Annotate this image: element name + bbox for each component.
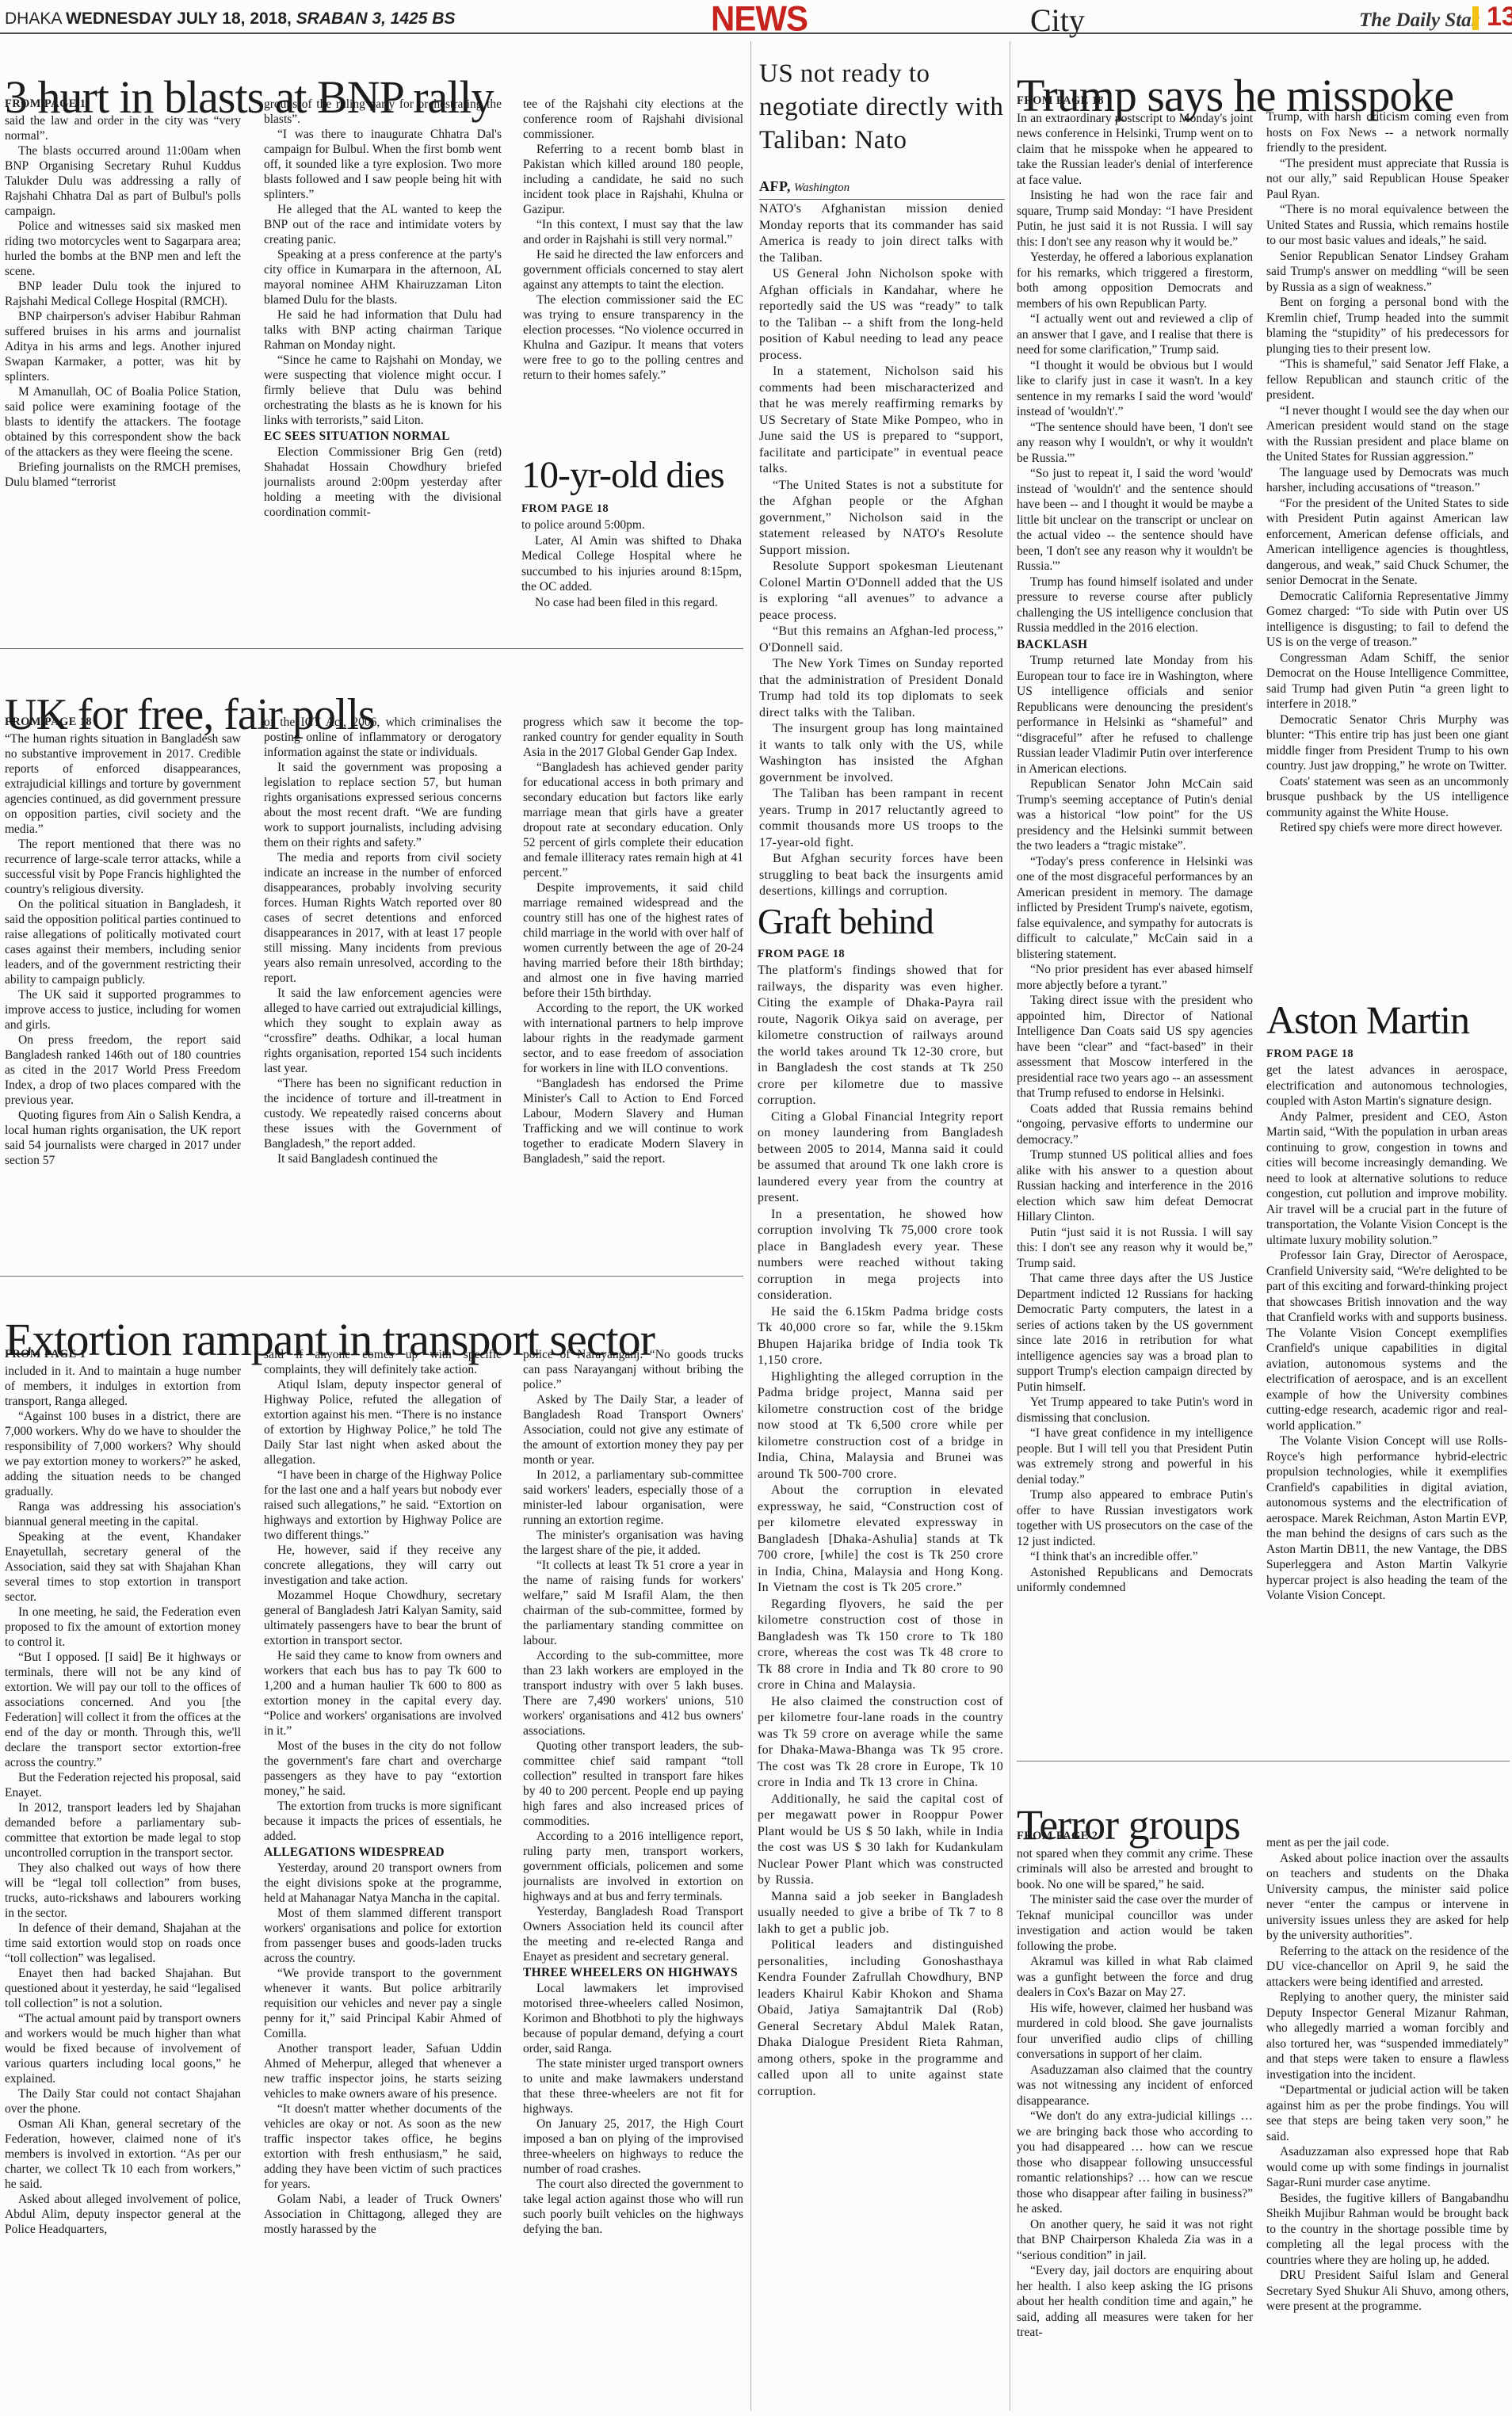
tenyr-col-1: to police around 5:00pm.Later, Al Amin w… <box>521 517 742 610</box>
extortion-col-2: said if anyone comes up with specific co… <box>264 1347 502 2410</box>
body-paragraph: Citing a Global Financial Integrity repo… <box>758 1109 1003 1207</box>
body-paragraph: Most of the buses in the city do not fol… <box>264 1739 502 1799</box>
body-paragraph: Most of them slammed different transport… <box>264 1906 502 1966</box>
body-paragraph: Police and witnesses said six masked men… <box>5 219 241 279</box>
body-paragraph: Trump also appeared to embrace Putin's o… <box>1017 1487 1253 1549</box>
body-paragraph: Asked about alleged involvement of polic… <box>5 2192 241 2237</box>
body-paragraph: Referring to a recent bomb blast in Paki… <box>523 142 743 217</box>
divider-left-2 <box>0 1276 743 1277</box>
byline-place: Washington <box>794 181 850 194</box>
body-paragraph: Atiqul Islam, deputy inspector general o… <box>264 1377 502 1468</box>
body-paragraph: “It doesn't matter whether documents of … <box>264 2101 502 2192</box>
body-paragraph: Osman Ali Khan, general secretary of the… <box>5 2116 241 2192</box>
body-paragraph: not spared when they commit any crime. T… <box>1017 1846 1253 1893</box>
body-paragraph: Akramul was killed in what Rab claimed w… <box>1017 1954 1253 2001</box>
aston-article: Aston Martin FROM PAGE 18 get the latest… <box>1266 997 1509 1754</box>
body-paragraph: He alleged that the AL wanted to keep th… <box>264 202 502 247</box>
body-paragraph: The language used by Democrats was much … <box>1266 465 1509 496</box>
body-paragraph: BNP chairperson's adviser Habibur Rahman… <box>5 309 241 384</box>
body-paragraph: The platform's findings showed that for … <box>758 963 1003 1109</box>
body-paragraph: Trump returned late Monday from his Euro… <box>1017 653 1253 777</box>
body-paragraph: The Volante Vision Concept will use Roll… <box>1266 1433 1507 1604</box>
column-rule-right <box>1010 41 1010 2410</box>
body-paragraph: Retired spy chiefs were more direct howe… <box>1266 820 1509 836</box>
body-paragraph: Astonished Republicans and Democrats uni… <box>1017 1565 1253 1596</box>
graft-col-1: The platform's findings showed that for … <box>758 963 1003 2100</box>
body-paragraph: Andy Palmer, president and CEO, Aston Ma… <box>1266 1109 1507 1249</box>
body-paragraph: of the ICT Act, 2006, which criminalises… <box>264 715 502 760</box>
body-paragraph: Republican Senator John McCain said Trum… <box>1017 777 1253 854</box>
headline-us-taliban: US not ready to negotiate directly with … <box>759 58 1005 157</box>
body-paragraph: “Bangladesh has endorsed the Prime Minis… <box>523 1076 743 1166</box>
body-paragraph: “The United States is not a substitute f… <box>759 478 1003 559</box>
body-paragraph: “So just to repeat it, I said the word '… <box>1017 466 1253 574</box>
body-paragraph: Democratic California Representative Jim… <box>1266 589 1509 651</box>
body-paragraph: The media and reports from civil society… <box>264 850 502 986</box>
body-paragraph: “Every day, jail doctors are enquiring a… <box>1017 2263 1253 2341</box>
body-paragraph: progress which saw it become the top-ran… <box>523 715 743 760</box>
byline-agency: AFP, <box>759 178 791 194</box>
body-paragraph: “Today's press conference in Helsinki wa… <box>1017 854 1253 963</box>
kicker: FROM PAGE 1 <box>5 1347 241 1362</box>
body-paragraph: Additionally, he said the capital cost o… <box>758 1792 1003 1889</box>
body-paragraph: Quoting other transport leaders, the sub… <box>523 1739 743 1829</box>
body-paragraph: In a statement, Nicholson said his comme… <box>759 364 1003 478</box>
kicker: FROM PAGE 18 <box>758 948 1005 961</box>
column-rule-left <box>750 41 751 2410</box>
body-paragraph: Democratic Senator Chris Murphy was blun… <box>1266 712 1509 774</box>
body-paragraph: Yesterday, Bangladesh Road Transport Own… <box>523 1904 743 1964</box>
body-paragraph: They also chalked out ways of how there … <box>5 1861 241 1921</box>
body-paragraph: Congressman Adam Schiff, the senior Demo… <box>1266 651 1509 712</box>
body-paragraph: Speaking at a press conference at the pa… <box>264 247 502 307</box>
body-paragraph: It said the law enforcement agencies wer… <box>264 986 502 1076</box>
body-paragraph: Manna said a job seeker in Bangladesh us… <box>758 1889 1003 1938</box>
body-paragraph: to police around 5:00pm. <box>521 517 742 533</box>
body-paragraph: Highlighting the alleged corruption in t… <box>758 1369 1003 1483</box>
body-paragraph: “I have been in charge of the Highway Po… <box>264 1468 502 1543</box>
body-paragraph: included in it. And to maintain a huge n… <box>5 1364 241 1409</box>
body-paragraph: About the corruption in elevated express… <box>758 1483 1003 1597</box>
body-paragraph: The UK said it supported programmes to i… <box>5 987 241 1032</box>
body-paragraph: Coats added that Russia remains behind “… <box>1017 1101 1253 1148</box>
body-paragraph: M Amanullah, OC of Boalia Police Station… <box>5 384 241 460</box>
body-paragraph: “I never thought I would see the day whe… <box>1266 403 1509 465</box>
body-paragraph: “The sentence should have been, 'I don't… <box>1017 420 1253 467</box>
body-paragraph: The report mentioned that there was no r… <box>5 837 241 897</box>
body-paragraph: Professor Iain Gray, Director of Aerospa… <box>1266 1248 1507 1433</box>
page-number-bar <box>1472 6 1479 30</box>
body-paragraph: “It collects at least Tk 51 crore a year… <box>523 1558 743 1648</box>
body-paragraph: Later, Al Amin was shifted to Dhaka Medi… <box>521 533 742 595</box>
body-paragraph: “I have great confidence in my intellige… <box>1017 1426 1253 1487</box>
body-paragraph: Asaduzzaman also claimed that the countr… <box>1017 2063 1253 2109</box>
divider-right <box>1017 1761 1510 1761</box>
body-paragraph: “I think that's an incredible offer.” <box>1017 1549 1253 1565</box>
body-paragraph: “Since he came to Rajshahi on Monday, we… <box>264 353 502 428</box>
uk-col-1: FROM PAGE 18 “The human rights situation… <box>5 715 241 1269</box>
body-paragraph: The minister said the case over the murd… <box>1017 1892 1253 1954</box>
body-paragraph: The Taliban has been rampant in recent y… <box>759 786 1003 851</box>
body-paragraph: According to the report, the UK worked w… <box>523 1001 743 1076</box>
body-paragraph: Political leaders and distinguished pers… <box>758 1937 1003 2100</box>
graft-article: Graft behind FROM PAGE 18 The platform's… <box>758 900 1005 2410</box>
headline-aston: Aston Martin <box>1266 1000 1509 1040</box>
body-paragraph: He said they came to know from owners an… <box>264 1648 502 1739</box>
body-paragraph: Yet Trump appeared to take Putin's word … <box>1017 1395 1253 1426</box>
dateline-date: WEDNESDAY JULY 18, 2018, <box>66 10 292 28</box>
body-paragraph: Resolute Support spokesman Lieutenant Co… <box>759 559 1003 624</box>
body-paragraph: Yesterday, he offered a laborious explan… <box>1017 250 1253 311</box>
body-paragraph: The extortion from trucks is more signif… <box>264 1799 502 1844</box>
body-paragraph: The New York Times on Sunday reported th… <box>759 656 1003 721</box>
body-paragraph: He also claimed the construction cost of… <box>758 1694 1003 1792</box>
dateline: DHAKA WEDNESDAY JULY 18, 2018, SRABAN 3,… <box>5 10 455 29</box>
body-paragraph: His wife, however, claimed her husband w… <box>1017 2001 1253 2063</box>
body-subhead: BACKLASH <box>1017 637 1253 653</box>
body-paragraph: Insisting he had won the race fair and s… <box>1017 188 1253 250</box>
body-paragraph: Trump has found himself isolated and und… <box>1017 574 1253 636</box>
body-paragraph: BNP leader Dulu took the injured to Rajs… <box>5 279 241 309</box>
body-paragraph: In 2012, transport leaders led by Shajah… <box>5 1800 241 1861</box>
body-paragraph: On January 25, 2017, the High Court impo… <box>523 2116 743 2177</box>
body-paragraph: But the Federation rejected his proposal… <box>5 1770 241 1800</box>
body-paragraph: In defence of their demand, Shajahan at … <box>5 1921 241 1966</box>
body-paragraph: It said Bangladesh continued the <box>264 1151 502 1166</box>
blasts-col-2: groups of the ruling party for orchestra… <box>264 97 502 645</box>
terror-col-1: FROM PAGE 2 not spared when they commit … <box>1017 1829 1253 2410</box>
body-paragraph: In an extraordinary postscript to Monday… <box>1017 111 1253 189</box>
body-paragraph: Replying to another query, the minister … <box>1266 1990 1509 2082</box>
body-paragraph: said if anyone comes up with specific co… <box>264 1347 502 1377</box>
body-paragraph: Referring to the attack on the residence… <box>1266 1944 1509 1990</box>
body-paragraph: But Afghan security forces have been str… <box>759 851 1003 897</box>
body-paragraph: Asked about police inaction over the ass… <box>1266 1851 1509 1944</box>
body-paragraph: Besides, the fugitive killers of Bangaba… <box>1266 2191 1509 2269</box>
aston-col-1: get the latest advances in aerospace, el… <box>1266 1063 1507 1604</box>
body-paragraph: He, however, said if they receive any co… <box>264 1543 502 1588</box>
body-paragraph: Election Commissioner Brig Gen (retd) Sh… <box>264 445 502 520</box>
body-paragraph: Speaking at the event, Khandaker Enayetu… <box>5 1529 241 1605</box>
trump-col-1: FROM PAGE 18 In an extraordinary postscr… <box>1017 94 1253 1754</box>
body-paragraph: “This is shameful,” said Senator Jeff Fl… <box>1266 357 1509 403</box>
body-paragraph: On another query, he said it was not rig… <box>1017 2217 1253 2264</box>
daily-star-logo: The Daily Star <box>1359 10 1479 32</box>
body-paragraph: “The human rights situation in Banglades… <box>5 731 241 837</box>
body-paragraph: tee of the Rajshahi city elections at th… <box>523 97 743 142</box>
body-paragraph: “But I opposed. [I said] Be it highways … <box>5 1650 241 1770</box>
body-paragraph: “Against 100 buses in a district, there … <box>5 1409 241 1499</box>
body-paragraph: Mozammel Hoque Chowdhury, secretary gene… <box>264 1588 502 1648</box>
body-paragraph: According to the sub-committee, more tha… <box>523 1648 743 1739</box>
body-paragraph: In 2012, a parliamentary sub-committee s… <box>523 1468 743 1528</box>
body-paragraph: Trump stunned US political allies and fo… <box>1017 1147 1253 1225</box>
body-paragraph: Asked by The Daily Star, a leader of Ban… <box>523 1392 743 1468</box>
body-paragraph: “No prior president has ever abased hims… <box>1017 962 1253 993</box>
kicker: FROM PAGE 18 <box>521 502 743 516</box>
body-paragraph: Local lawmakers let improvised motorised… <box>523 1981 743 2056</box>
body-paragraph: “The actual amount paid by transport own… <box>5 2011 241 2086</box>
body-paragraph: Regarding flyovers, he said the per kilo… <box>758 1597 1003 1694</box>
tenyr-article: 10-yr-old dies FROM PAGE 18 to police ar… <box>521 453 743 647</box>
headline-tenyr: 10-yr-old dies <box>521 456 743 494</box>
body-paragraph: “I thought it would be obvious but I wou… <box>1017 358 1253 420</box>
body-paragraph: He said the 6.15km Padma bridge costs Tk… <box>758 1304 1003 1369</box>
dateline-city: DHAKA <box>5 10 61 28</box>
body-paragraph: He said he had information that Dulu had… <box>264 307 502 353</box>
body-paragraph: Coats' statement was seen as an uncommon… <box>1266 774 1509 821</box>
body-paragraph: The court also directed the government t… <box>523 2177 743 2237</box>
blasts-col-1: FROM PAGE 1 said the law and order in th… <box>5 97 241 645</box>
kicker: FROM PAGE 18 <box>1017 94 1253 109</box>
body-paragraph: It said the government was proposing a l… <box>264 760 502 850</box>
headline-graft: Graft behind <box>758 903 1005 940</box>
body-paragraph: The Daily Star could not contact Shajaha… <box>5 2086 241 2116</box>
body-paragraph: On press freedom, the report said Bangla… <box>5 1032 241 1108</box>
terror-col-2: ment as per the jail code.Asked about po… <box>1266 1835 1509 2410</box>
body-paragraph: That came three days after the US Justic… <box>1017 1271 1253 1395</box>
body-paragraph: “We provide transport to the government … <box>264 1966 502 2041</box>
header-rule <box>0 32 1512 34</box>
body-paragraph: Bent on forging a personal bond with the… <box>1266 295 1509 357</box>
body-paragraph: “Departmental or judicial action will be… <box>1266 2082 1509 2144</box>
body-paragraph: Golam Nabi, a leader of Truck Owners' As… <box>264 2192 502 2237</box>
body-paragraph: Briefing journalists on the RMCH premise… <box>5 460 241 490</box>
us-taliban-article: US not ready to negotiate directly with … <box>759 36 1005 897</box>
dateline-bangla: SRABAN 3, 1425 BS <box>296 10 456 28</box>
body-subhead: EC SEES SITUATION NORMAL <box>264 429 502 444</box>
body-paragraph: The election commissioner said the EC wa… <box>523 292 743 383</box>
body-paragraph: Senior Republican Senator Lindsey Graham… <box>1266 249 1509 296</box>
body-paragraph: ment as per the jail code. <box>1266 1835 1509 1851</box>
body-paragraph: According to a 2016 intelligence report,… <box>523 1829 743 1904</box>
body-paragraph: Asaduzzaman also expressed hope that Rab… <box>1266 2144 1509 2191</box>
uk-col-2: of the ICT Act, 2006, which criminalises… <box>264 715 502 1269</box>
body-paragraph: “But this remains an Afghan-led process,… <box>759 624 1003 656</box>
kicker: FROM PAGE 2 <box>1017 1829 1253 1845</box>
uk-col-3: progress which saw it become the top-ran… <box>523 715 743 1269</box>
body-paragraph: The blasts occurred around 11:00am when … <box>5 143 241 219</box>
page-number: 13 <box>1487 2 1512 32</box>
body-paragraph: The insurgent group has long maintained … <box>759 721 1003 786</box>
body-paragraph: Yesterday, around 20 transport owners fr… <box>264 1861 502 1906</box>
body-paragraph: Despite improvements, it said child marr… <box>523 880 743 1001</box>
body-paragraph: In one meeting, he said, the Federation … <box>5 1605 241 1650</box>
body-paragraph: On the political situation in Bangladesh… <box>5 897 241 987</box>
kicker: FROM PAGE 18 <box>5 715 241 730</box>
body-paragraph: “The president must appreciate that Russ… <box>1266 156 1509 203</box>
body-paragraph: Quoting figures from Ain o Salish Kendra… <box>5 1108 241 1168</box>
body-paragraph: Trump, with harsh criticism coming even … <box>1266 109 1509 156</box>
body-paragraph: Enayet then had backed Shajahan. But que… <box>5 1966 241 2011</box>
body-paragraph: NATO's Afghanistan mission denied Monday… <box>759 201 1003 266</box>
newspaper-page: DHAKA WEDNESDAY JULY 18, 2018, SRABAN 3,… <box>0 0 1512 2416</box>
body-subhead: ALLEGATIONS WIDESPREAD <box>264 1845 502 1860</box>
body-paragraph: The minister's organisation was having t… <box>523 1528 743 1558</box>
body-paragraph: The state minister urged transport owner… <box>523 2056 743 2116</box>
body-paragraph: No case had been filed in this regard. <box>521 595 742 611</box>
divider-left-1 <box>0 648 743 649</box>
body-paragraph: Ranga was addressing his association's b… <box>5 1499 241 1529</box>
extortion-col-1: FROM PAGE 1 included in it. And to maint… <box>5 1347 241 2410</box>
body-subhead: THREE WHEELERS ON HIGHWAYS <box>523 1965 743 1980</box>
body-paragraph: “We don't do any extra-judicial killings… <box>1017 2109 1253 2217</box>
extortion-col-3: police of Narayanganj. “No goods trucks … <box>523 1347 743 2410</box>
body-paragraph: groups of the ruling party for orchestra… <box>264 97 502 127</box>
body-paragraph: In a presentation, he showed how corrupt… <box>758 1207 1003 1304</box>
body-paragraph: DRU President Saiful Islam and General S… <box>1266 2268 1509 2315</box>
body-paragraph: police of Narayanganj. “No goods trucks … <box>523 1347 743 1392</box>
body-paragraph: “I was there to inaugurate Chhatra Dal's… <box>264 127 502 202</box>
body-paragraph: “There is no moral equivalence between t… <box>1266 202 1509 249</box>
blasts-col-3: tee of the Rajshahi city elections at th… <box>523 97 743 453</box>
kicker: FROM PAGE 18 <box>1266 1048 1509 1061</box>
body-paragraph: “I actually went out and reviewed a clip… <box>1017 311 1253 358</box>
body-paragraph: “In this context, I must say that the la… <box>523 217 743 247</box>
us-taliban-col-1: NATO's Afghanistan mission denied Monday… <box>759 201 1003 897</box>
body-paragraph: get the latest advances in aerospace, el… <box>1266 1063 1507 1109</box>
body-paragraph: “Bangladesh has achieved gender parity f… <box>523 760 743 880</box>
body-paragraph: US General John Nicholson spoke with Afg… <box>759 266 1003 364</box>
body-paragraph: Putin “just said it is not Russia. I wil… <box>1017 1225 1253 1272</box>
body-paragraph: He said he directed the law enforcers an… <box>523 247 743 292</box>
byline: AFP, Washington <box>759 178 1005 200</box>
body-paragraph: said the law and order in the city was “… <box>5 113 241 143</box>
body-paragraph: Taking direct issue with the president w… <box>1017 993 1253 1101</box>
kicker: FROM PAGE 1 <box>5 97 241 112</box>
trump-col-2: Trump, with harsh criticism coming even … <box>1266 109 1509 990</box>
body-paragraph: Another transport leader, Safuan Uddin A… <box>264 2041 502 2101</box>
body-paragraph: “There has been no significant reduction… <box>264 1076 502 1151</box>
body-paragraph: “For the president of the United States … <box>1266 496 1509 589</box>
